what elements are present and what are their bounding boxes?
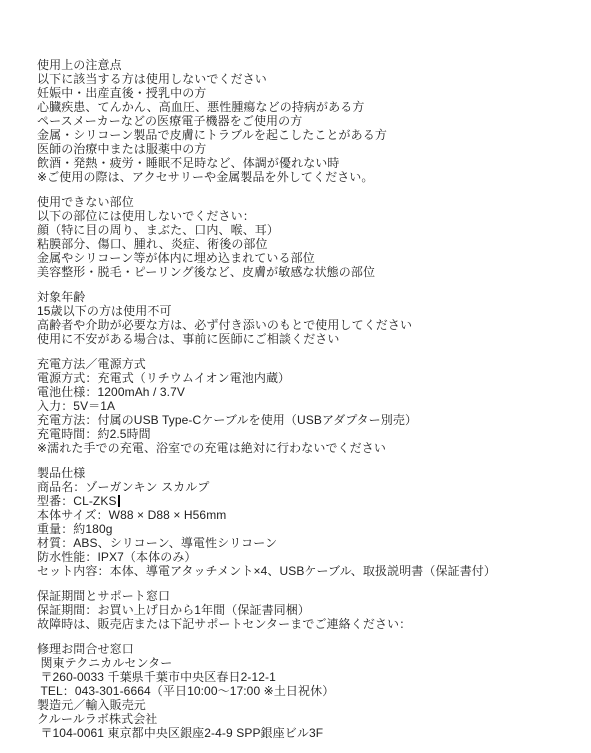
text-line[interactable]: 故障時は、販売店または下記サポートセンターまでご連絡ください： [37,617,567,631]
section-heading[interactable]: 製品仕様 [37,466,567,480]
section-heading[interactable]: 充電方法／電源方式 [37,357,567,371]
text-line[interactable]: 商品名：ゾーガンキン スカルプ [37,480,567,494]
text-line[interactable]: 医師の治療中または服薬中の方 [37,142,567,156]
text-line[interactable]: 関東テクニカルセンター [37,656,567,670]
document-page: 使用上の注意点 以下に該当する方は使用しないでください 妊娠中・出産直後・授乳中… [0,0,591,753]
text-line[interactable]: 防水性能：IPX7（本体のみ） [37,550,567,564]
section-product-specs: 製品仕様 商品名：ゾーガンキン スカルプ 型番：CL-ZKS 本体サイズ：W88… [37,466,567,578]
section-heading[interactable]: 使用できない部位 [37,195,567,209]
text-cursor [118,495,120,507]
text-line[interactable]: 〒104-0061 東京都中央区銀座2-4-9 SPP銀座ビル3F [37,726,567,740]
text-line[interactable]: 使用に不安がある場合は、事前に医師にご相談ください [37,332,567,346]
text-line[interactable]: 製造元／輸入販売元 [37,698,567,712]
text-line[interactable]: 美容整形・脱毛・ピーリング後など、皮膚が敏感な状態の部位 [37,265,567,279]
text-line[interactable]: ペースメーカーなどの医療電子機器をご使用の方 [37,114,567,128]
section-heading[interactable]: 保証期間とサポート窓口 [37,589,567,603]
text-line[interactable]: 電池仕様：1200mAh / 3.7V [37,385,567,399]
section-heading[interactable]: 修理お問合せ窓口 [37,642,567,656]
section-usage-precautions: 使用上の注意点 以下に該当する方は使用しないでください 妊娠中・出産直後・授乳中… [37,58,567,184]
text-line[interactable]: 高齢者や介助が必要な方は、必ず付き添いのもとで使用してください [37,318,567,332]
text-line[interactable]: 〒260-0033 千葉県千葉市中央区春日2-12-1 [37,670,567,684]
section-heading[interactable]: 対象年齢 [37,290,567,304]
text-line[interactable]: 重量：約180g [37,522,567,536]
text-line[interactable]: 飲酒・発熱・疲労・睡眠不足時など、体調が優れない時 [37,156,567,170]
text-line[interactable]: 本体サイズ：W88 × D88 × H56mm [37,508,567,522]
text-line[interactable]: 保証期間：お買い上げ日から1年間（保証書同梱） [37,603,567,617]
text-line[interactable]: 材質：ABS、シリコーン、導電性シリコーン [37,536,567,550]
text-line[interactable]: セット内容：本体、導電アタッチメント×4、USBケーブル、取扱説明書（保証書付） [37,564,567,578]
text-line[interactable]: 心臓疾患、てんかん、高血圧、悪性腫瘍などの持病がある方 [37,100,567,114]
text-line[interactable]: 入力：5V＝1A [37,399,567,413]
text-line[interactable]: 粘膜部分、傷口、腫れ、炎症、術後の部位 [37,237,567,251]
section-charging-power: 充電方法／電源方式 電源方式：充電式（リチウムイオン電池内蔵） 電池仕様：120… [37,357,567,455]
section-heading[interactable]: 使用上の注意点 [37,58,567,72]
text-line[interactable]: 妊娠中・出産直後・授乳中の方 [37,86,567,100]
text-line[interactable]: TEL：043-301-6664（平日10:00〜17:00 ※土日祝休） [37,684,567,698]
text-line[interactable]: クルールラボ株式会社 [37,712,567,726]
text-line[interactable]: 金属・シリコーン製品で皮膚にトラブルを起こしたことがある方 [37,128,567,142]
text-line[interactable]: 金属やシリコーン等が体内に埋め込まれている部位 [37,251,567,265]
text-line[interactable]: 電源方式：充電式（リチウムイオン電池内蔵） [37,371,567,385]
text-line[interactable]: ※ご使用の際は、アクセサリーや金属製品を外してください。 [37,170,567,184]
section-repair-contact: 修理お問合せ窓口 関東テクニカルセンター 〒260-0033 千葉県千葉市中央区… [37,642,567,740]
text-line[interactable]: ※濡れた手での充電、浴室での充電は絶対に行わないでください [37,441,567,455]
document-text-area[interactable]: 使用上の注意点 以下に該当する方は使用しないでください 妊娠中・出産直後・授乳中… [37,58,567,740]
section-target-age: 対象年齢 15歳以下の方は使用不可 高齢者や介助が必要な方は、必ず付き添いのもと… [37,290,567,346]
text-line[interactable]: 以下の部位には使用しないでください： [37,209,567,223]
section-warranty-support: 保証期間とサポート窓口 保証期間：お買い上げ日から1年間（保証書同梱） 故障時は… [37,589,567,631]
text-line[interactable]: 以下に該当する方は使用しないでください [37,72,567,86]
text-line-model-number[interactable]: 型番：CL-ZKS [37,494,567,508]
text-line[interactable]: 充電時間：約2.5時間 [37,427,567,441]
text-line[interactable]: 充電方法：付属のUSB Type-Cケーブルを使用（USBアダプター別売） [37,413,567,427]
model-number-text: 型番：CL-ZKS [37,494,117,508]
text-line[interactable]: 15歳以下の方は使用不可 [37,304,567,318]
text-line[interactable]: 顔（特に目の周り、まぶた、口内、喉、耳） [37,223,567,237]
section-restricted-areas: 使用できない部位 以下の部位には使用しないでください： 顔（特に目の周り、まぶた… [37,195,567,279]
